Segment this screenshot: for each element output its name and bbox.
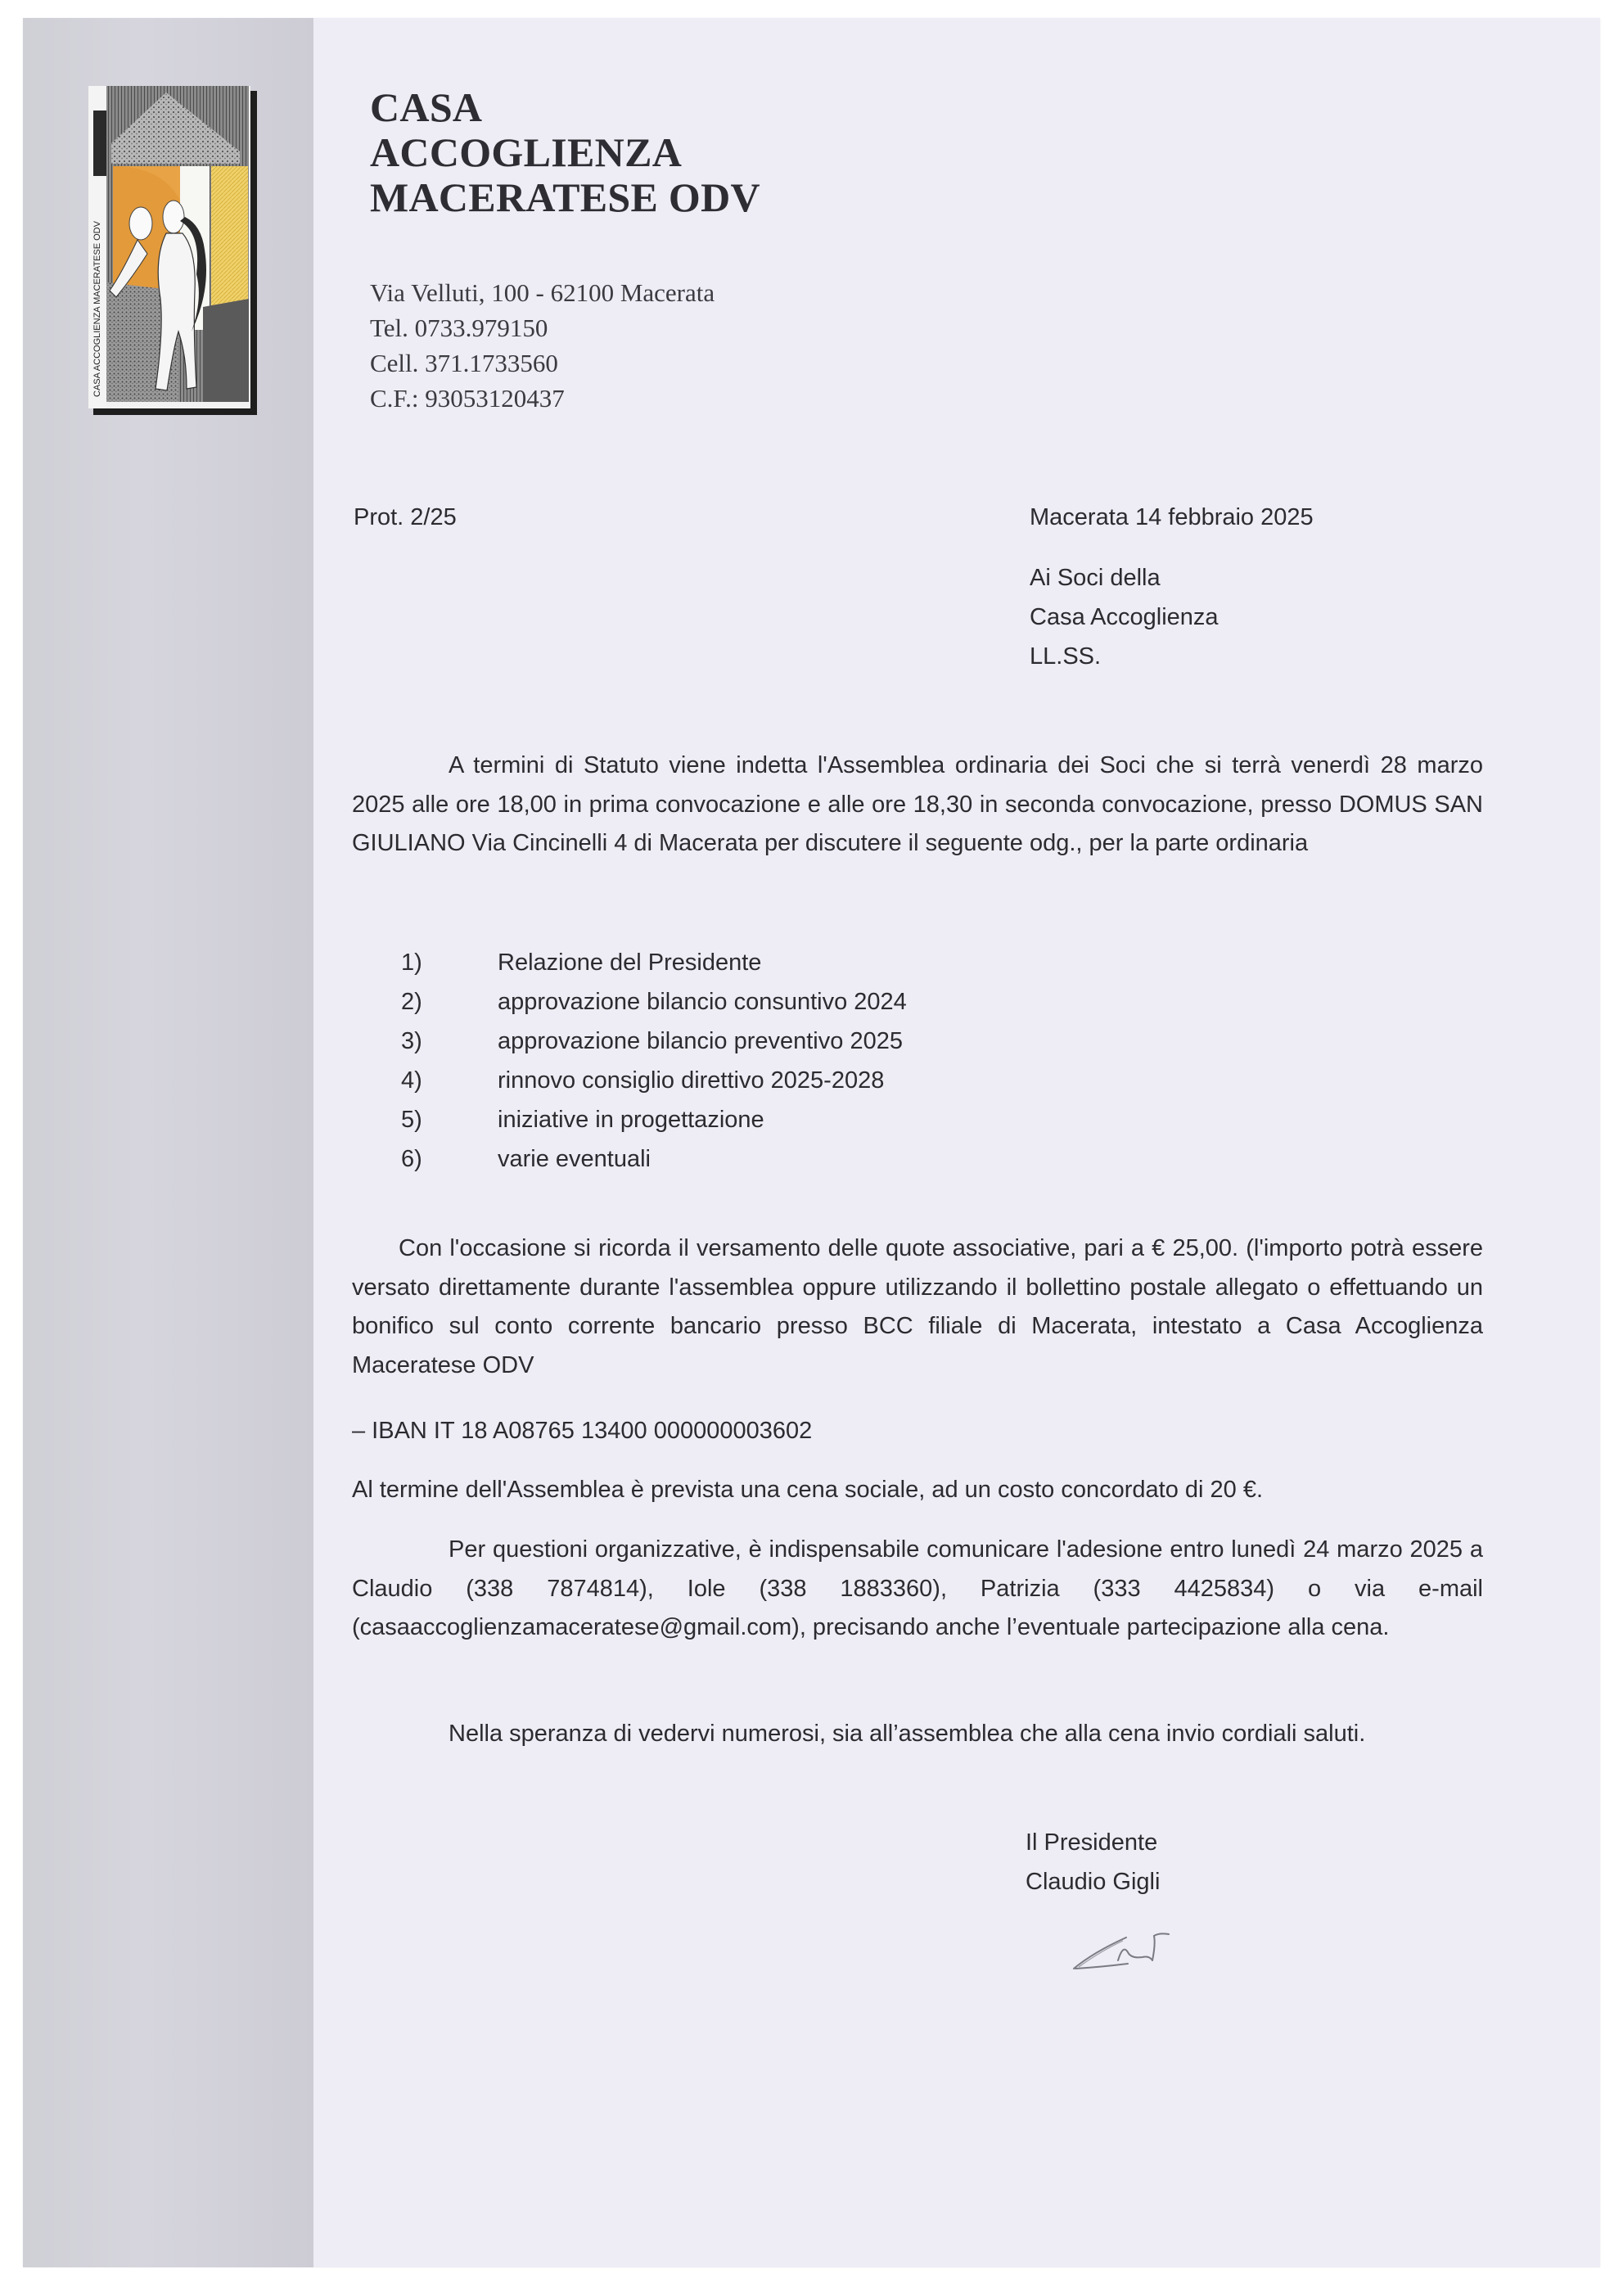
org-name-line: CASA: [370, 85, 760, 130]
logo-illustration-icon: CASA ACCOGLIENZA MACERATESE ODV: [88, 86, 260, 417]
agenda-number: 2): [401, 982, 498, 1022]
recipient-line: Casa Accoglienza: [1030, 598, 1314, 637]
intro-paragraph: A termini di Statuto viene indetta l'Ass…: [352, 747, 1483, 864]
agenda-item: 3) approvazione bilancio preventivo 2025: [401, 1022, 907, 1061]
agenda-item: 1) Relazione del Presidente: [401, 943, 907, 982]
agenda-text: rinnovo consiglio direttivo 2025-2028: [498, 1061, 884, 1100]
signatory-role: Il Presidente: [1026, 1823, 1160, 1862]
agenda-text: varie eventuali: [498, 1139, 651, 1179]
org-name-line: MACERATESE ODV: [370, 175, 760, 220]
agenda-text: approvazione bilancio preventivo 2025: [498, 1022, 903, 1061]
letter-date: Macerata 14 febbraio 2025: [1030, 498, 1314, 537]
agenda-item: 5) iniziative in progettazione: [401, 1100, 907, 1139]
agenda-item: 4) rinnovo consiglio direttivo 2025-2028: [401, 1061, 907, 1100]
protocol-number: Prot. 2/25: [354, 498, 457, 537]
address-phone: Tel. 0733.979150: [370, 310, 715, 345]
agenda-number: 1): [401, 943, 498, 982]
signatory-name: Claudio Gigli: [1026, 1862, 1160, 1901]
address-tax-code: C.F.: 93053120437: [370, 381, 715, 416]
organization-logo: CASA ACCOGLIENZA MACERATESE ODV: [88, 86, 260, 417]
date-recipient-block: Macerata 14 febbraio 2025 Ai Soci della …: [1030, 498, 1314, 676]
rsvp-paragraph: Per questioni organizzative, è indispens…: [352, 1531, 1483, 1648]
agenda-number: 3): [401, 1022, 498, 1061]
signature-block: Il Presidente Claudio Gigli: [1026, 1823, 1160, 1901]
organization-address: Via Velluti, 100 - 62100 Macerata Tel. 0…: [370, 275, 715, 416]
agenda-number: 5): [401, 1100, 498, 1139]
agenda-number: 4): [401, 1061, 498, 1100]
closing-paragraph: Nella speranza di vedervi numerosi, sia …: [352, 1715, 1483, 1754]
agenda-item: 2) approvazione bilancio consuntivo 2024: [401, 982, 907, 1022]
agenda-text: Relazione del Presidente: [498, 943, 761, 982]
address-street: Via Velluti, 100 - 62100 Macerata: [370, 275, 715, 310]
dues-paragraph: Con l'occasione si ricorda il versamento…: [352, 1229, 1483, 1385]
logo-caption: CASA ACCOGLIENZA MACERATESE ODV: [92, 220, 102, 397]
agenda-list: 1) Relazione del Presidente 2) approvazi…: [401, 943, 907, 1179]
agenda-text: iniziative in progettazione: [498, 1100, 764, 1139]
letter-page: CASA ACCOGLIENZA MACERATESE ODV CASA ACC…: [23, 18, 1600, 2267]
handwritten-signature-icon: [1069, 1928, 1175, 1973]
dinner-paragraph: Al termine dell'Assemblea è prevista una…: [352, 1471, 1483, 1510]
recipient-line: Ai Soci della: [1030, 558, 1314, 598]
address-mobile: Cell. 371.1733560: [370, 345, 715, 381]
organization-name: CASA ACCOGLIENZA MACERATESE ODV: [370, 85, 760, 220]
agenda-text: approvazione bilancio consuntivo 2024: [498, 982, 907, 1022]
agenda-item: 6) varie eventuali: [401, 1139, 907, 1179]
org-name-line: ACCOGLIENZA: [370, 130, 760, 175]
recipient-line: LL.SS.: [1030, 637, 1314, 676]
agenda-number: 6): [401, 1139, 498, 1179]
iban-line: – IBAN IT 18 A08765 13400 000000003602: [352, 1412, 1483, 1451]
